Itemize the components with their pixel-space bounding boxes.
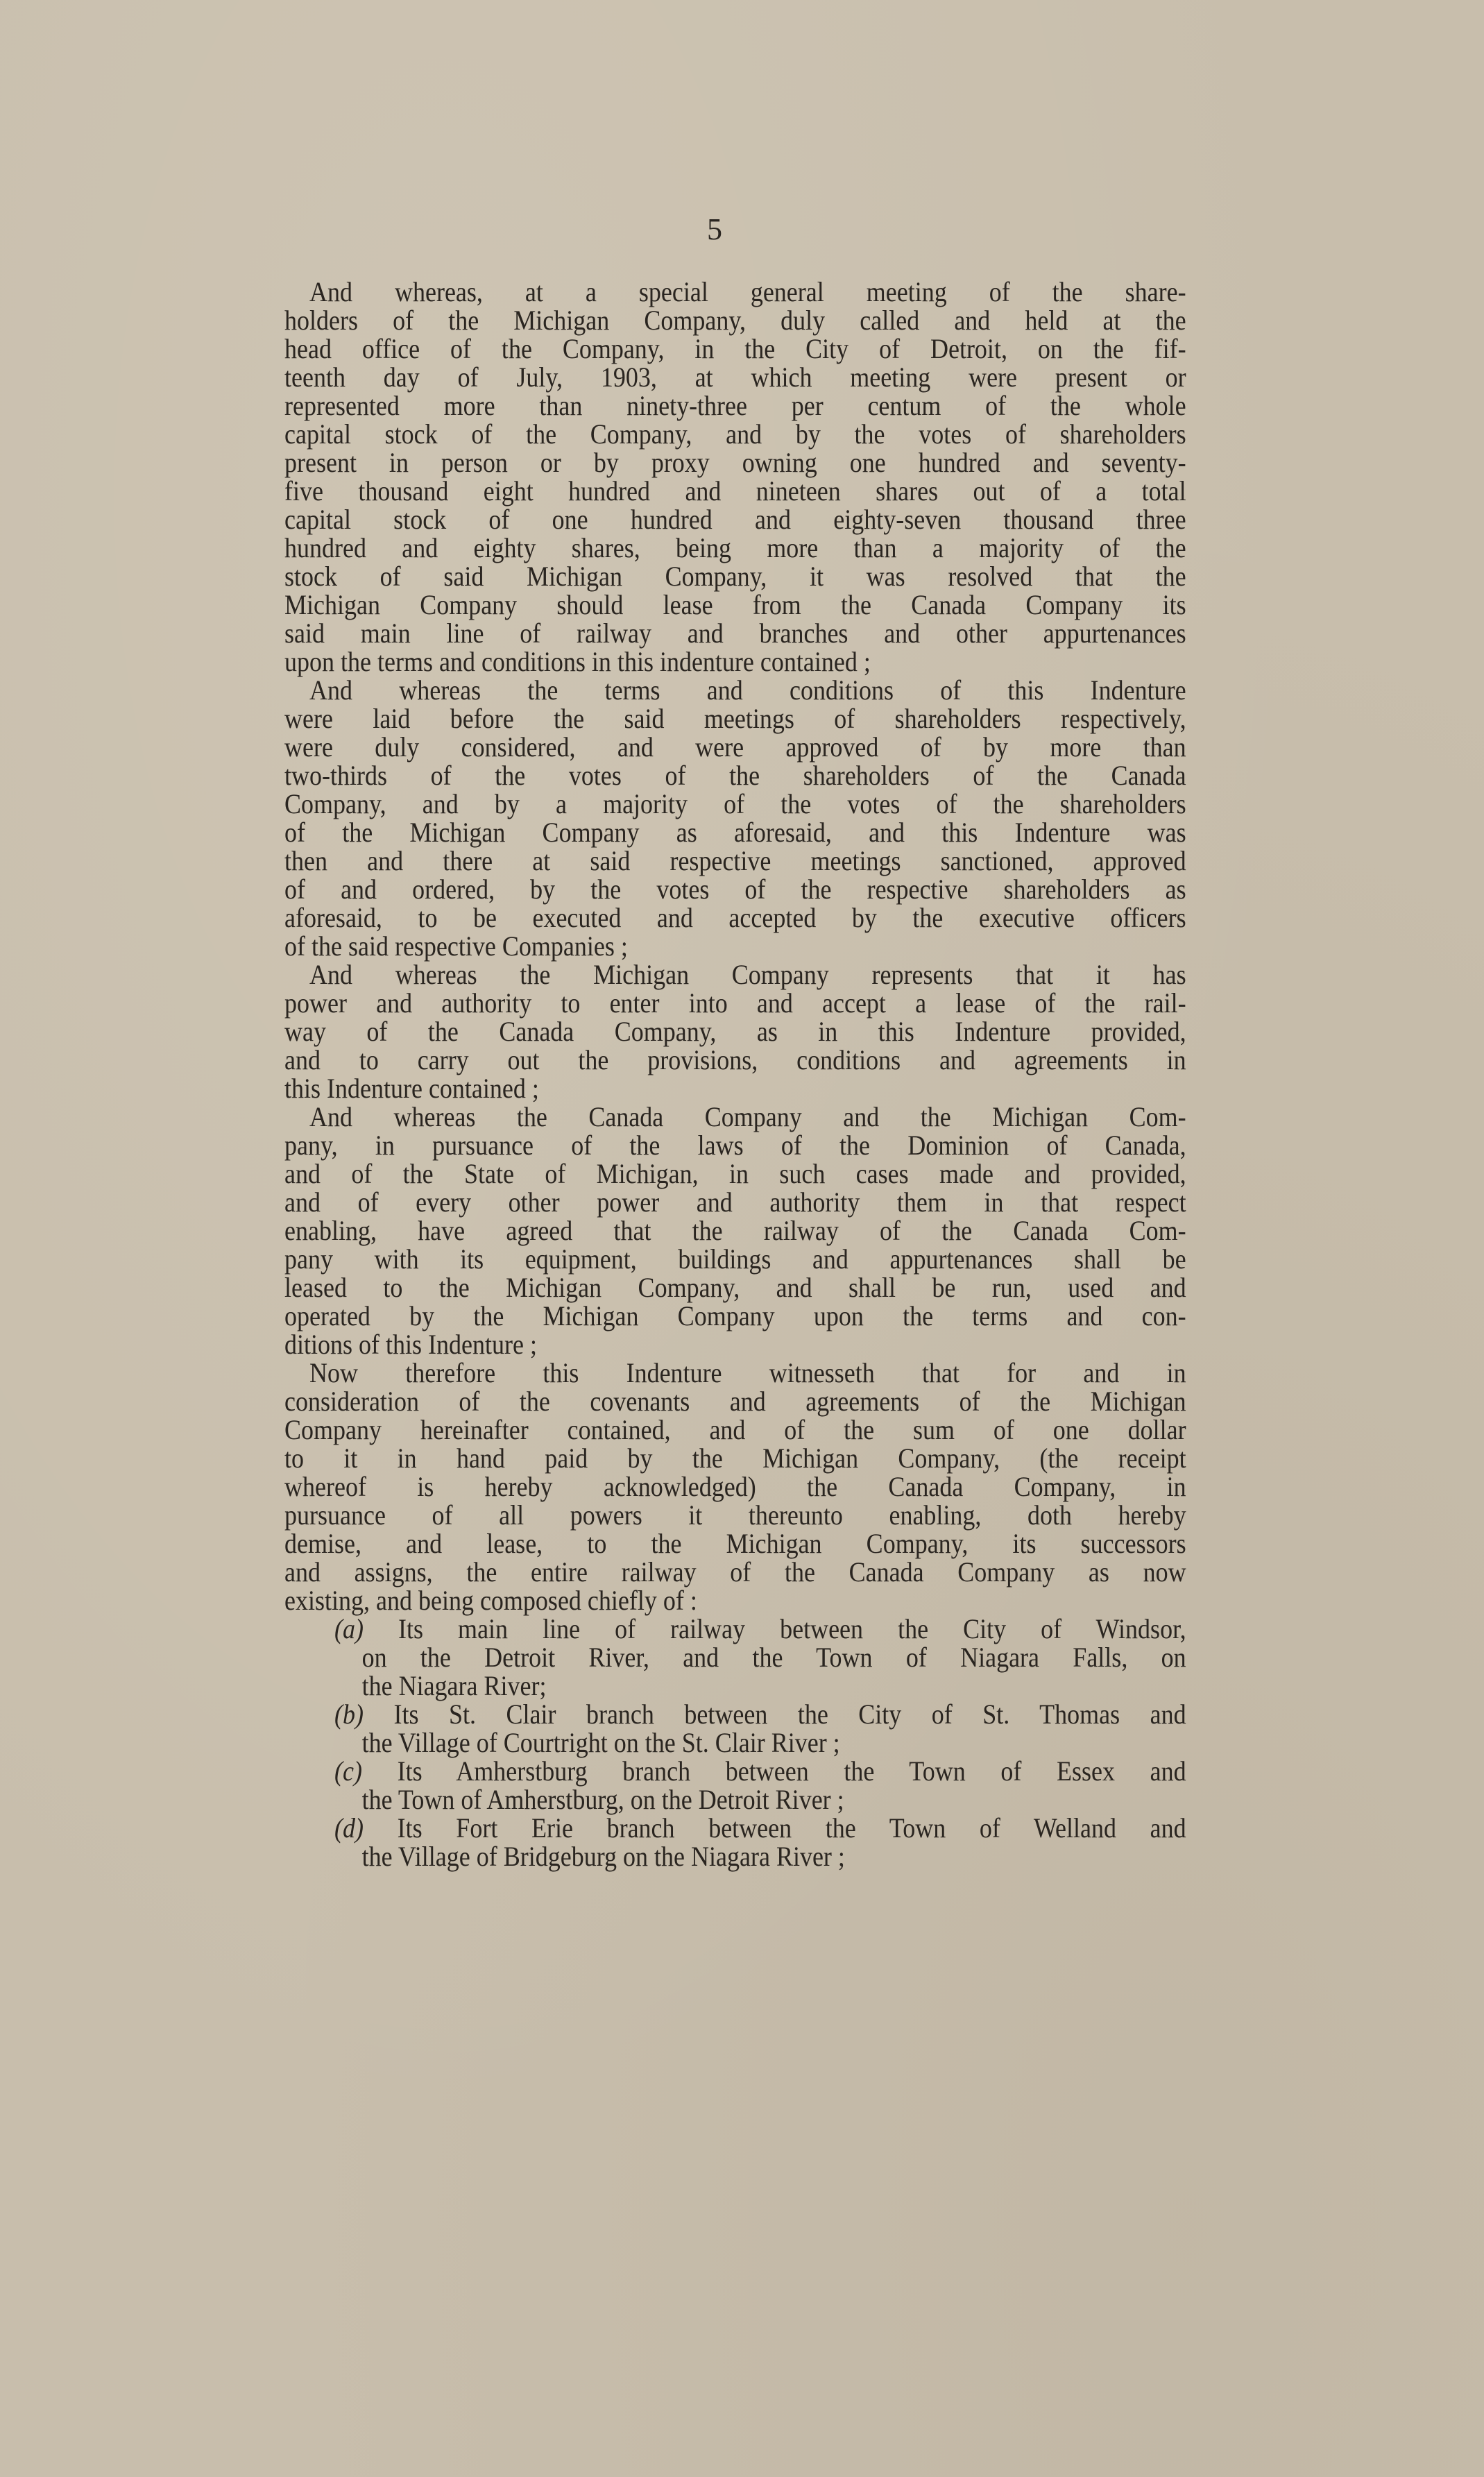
list-item-line: (b) Its St. Clair branch between the Cit…: [284, 1700, 1186, 1728]
text-line: power and authority to enter into and ac…: [284, 989, 1186, 1017]
text-line: to it in hand paid by the Michigan Compa…: [284, 1444, 1186, 1472]
text-line: Michigan Company should lease from the C…: [284, 590, 1186, 619]
list-label: (b): [334, 1699, 364, 1730]
text-line: whereof is hereby acknowledged) the Cana…: [284, 1472, 1186, 1501]
text-line: And whereas the terms and conditions of …: [284, 676, 1186, 704]
text-line: Company hereinafter contained, and of th…: [284, 1415, 1186, 1444]
paragraph-indenture-witnesseth: Now therefore this Indenture witnesseth …: [284, 1359, 1186, 1615]
text-line: head office of the Company, in the City …: [284, 334, 1186, 363]
list-item-line: the Village of Bridgeburg on the Niagara…: [284, 1842, 1186, 1871]
list-item-line: the Village of Courtright on the St. Cla…: [284, 1728, 1186, 1757]
text-line: of the Michigan Company as aforesaid, an…: [284, 818, 1186, 846]
text-line: and assigns, the entire railway of the C…: [284, 1558, 1186, 1586]
text-line: and to carry out the provisions, conditi…: [284, 1046, 1186, 1074]
text-line: teenth day of July, 1903, at which meeti…: [284, 363, 1186, 391]
text-line: were laid before the said meetings of sh…: [284, 704, 1186, 733]
text-line: two-thirds of the votes of the sharehold…: [284, 761, 1186, 790]
list-item-b: (b) Its St. Clair branch between the Cit…: [284, 1700, 1186, 1757]
text-line: and of every other power and authority t…: [284, 1188, 1186, 1216]
text-line: ditions of this Indenture ;: [284, 1330, 1186, 1359]
railway-list: (a) Its main line of railway between the…: [284, 1615, 1186, 1871]
text-line: operated by the Michigan Company upon th…: [284, 1302, 1186, 1330]
text-line: pursuance of all powers it thereunto ena…: [284, 1501, 1186, 1529]
text-line: stock of said Michigan Company, it was r…: [284, 562, 1186, 590]
text-line: capital stock of the Company, and by the…: [284, 420, 1186, 448]
list-label: (d): [334, 1812, 364, 1844]
text-line: enabling, have agreed that the railway o…: [284, 1216, 1186, 1245]
list-item-d: (d) Its Fort Erie branch between the Tow…: [284, 1814, 1186, 1871]
text-line: of and ordered, by the votes of the resp…: [284, 875, 1186, 903]
document-body: And whereas, at a special general meetin…: [284, 278, 1186, 1871]
list-item-line: (a) Its main line of railway between the…: [284, 1615, 1186, 1643]
paragraph-michigan-authority: And whereas the Michigan Company represe…: [284, 960, 1186, 1103]
text-line: five thousand eight hundred and nineteen…: [284, 477, 1186, 505]
list-item-line: on the Detroit River, and the Town of Ni…: [284, 1643, 1186, 1671]
paragraph-shareholders-meeting: And whereas, at a special general meetin…: [284, 278, 1186, 676]
text-line: capital stock of one hundred and eighty-…: [284, 505, 1186, 534]
text-line: Now therefore this Indenture witnesseth …: [284, 1359, 1186, 1387]
text-line: consideration of the covenants and agree…: [284, 1387, 1186, 1415]
text-line: And whereas the Michigan Company represe…: [284, 960, 1186, 989]
paragraph-terms-approved: And whereas the terms and conditions of …: [284, 676, 1186, 960]
text-line: said main line of railway and branches a…: [284, 619, 1186, 647]
text-line: were duly considered, and were approved …: [284, 733, 1186, 761]
text-line: way of the Canada Company, as in this In…: [284, 1017, 1186, 1046]
list-item-line: (d) Its Fort Erie branch between the Tow…: [284, 1814, 1186, 1842]
text-line: upon the terms and conditions in this in…: [284, 647, 1186, 676]
paragraph-companies-agreed: And whereas the Canada Company and the M…: [284, 1103, 1186, 1359]
text-line: And whereas, at a special general meetin…: [284, 278, 1186, 306]
list-label: (c): [334, 1755, 362, 1787]
text-line: hundred and eighty shares, being more th…: [284, 534, 1186, 562]
text-line: pany, in pursuance of the laws of the Do…: [284, 1131, 1186, 1159]
text-line: Company, and by a majority of the votes …: [284, 790, 1186, 818]
text-line: represented more than ninety-three per c…: [284, 391, 1186, 420]
text-line: demise, and lease, to the Michigan Compa…: [284, 1529, 1186, 1558]
list-item-line: the Niagara River;: [284, 1671, 1186, 1700]
text-line: aforesaid, to be executed and accepted b…: [284, 903, 1186, 932]
text-line: And whereas the Canada Company and the M…: [284, 1103, 1186, 1131]
text-line: holders of the Michigan Company, duly ca…: [284, 306, 1186, 334]
page-number: 5: [701, 212, 728, 247]
list-label: (a): [334, 1613, 364, 1644]
list-item-line: the Town of Amherstburg, on the Detroit …: [284, 1785, 1186, 1814]
text-line: present in person or by proxy owning one…: [284, 448, 1186, 477]
list-item-c: (c) Its Amherstburg branch between the T…: [284, 1757, 1186, 1814]
list-item-line: (c) Its Amherstburg branch between the T…: [284, 1757, 1186, 1785]
text-line: pany with its equipment, buildings and a…: [284, 1245, 1186, 1273]
text-line: and of the State of Michigan, in such ca…: [284, 1159, 1186, 1188]
text-line: existing, and being composed chiefly of …: [284, 1586, 1186, 1615]
text-line: this Indenture contained ;: [284, 1074, 1186, 1103]
text-line: of the said respective Companies ;: [284, 932, 1186, 960]
list-item-a: (a) Its main line of railway between the…: [284, 1615, 1186, 1700]
text-line: then and there at said respective meetin…: [284, 846, 1186, 875]
text-line: leased to the Michigan Company, and shal…: [284, 1273, 1186, 1302]
